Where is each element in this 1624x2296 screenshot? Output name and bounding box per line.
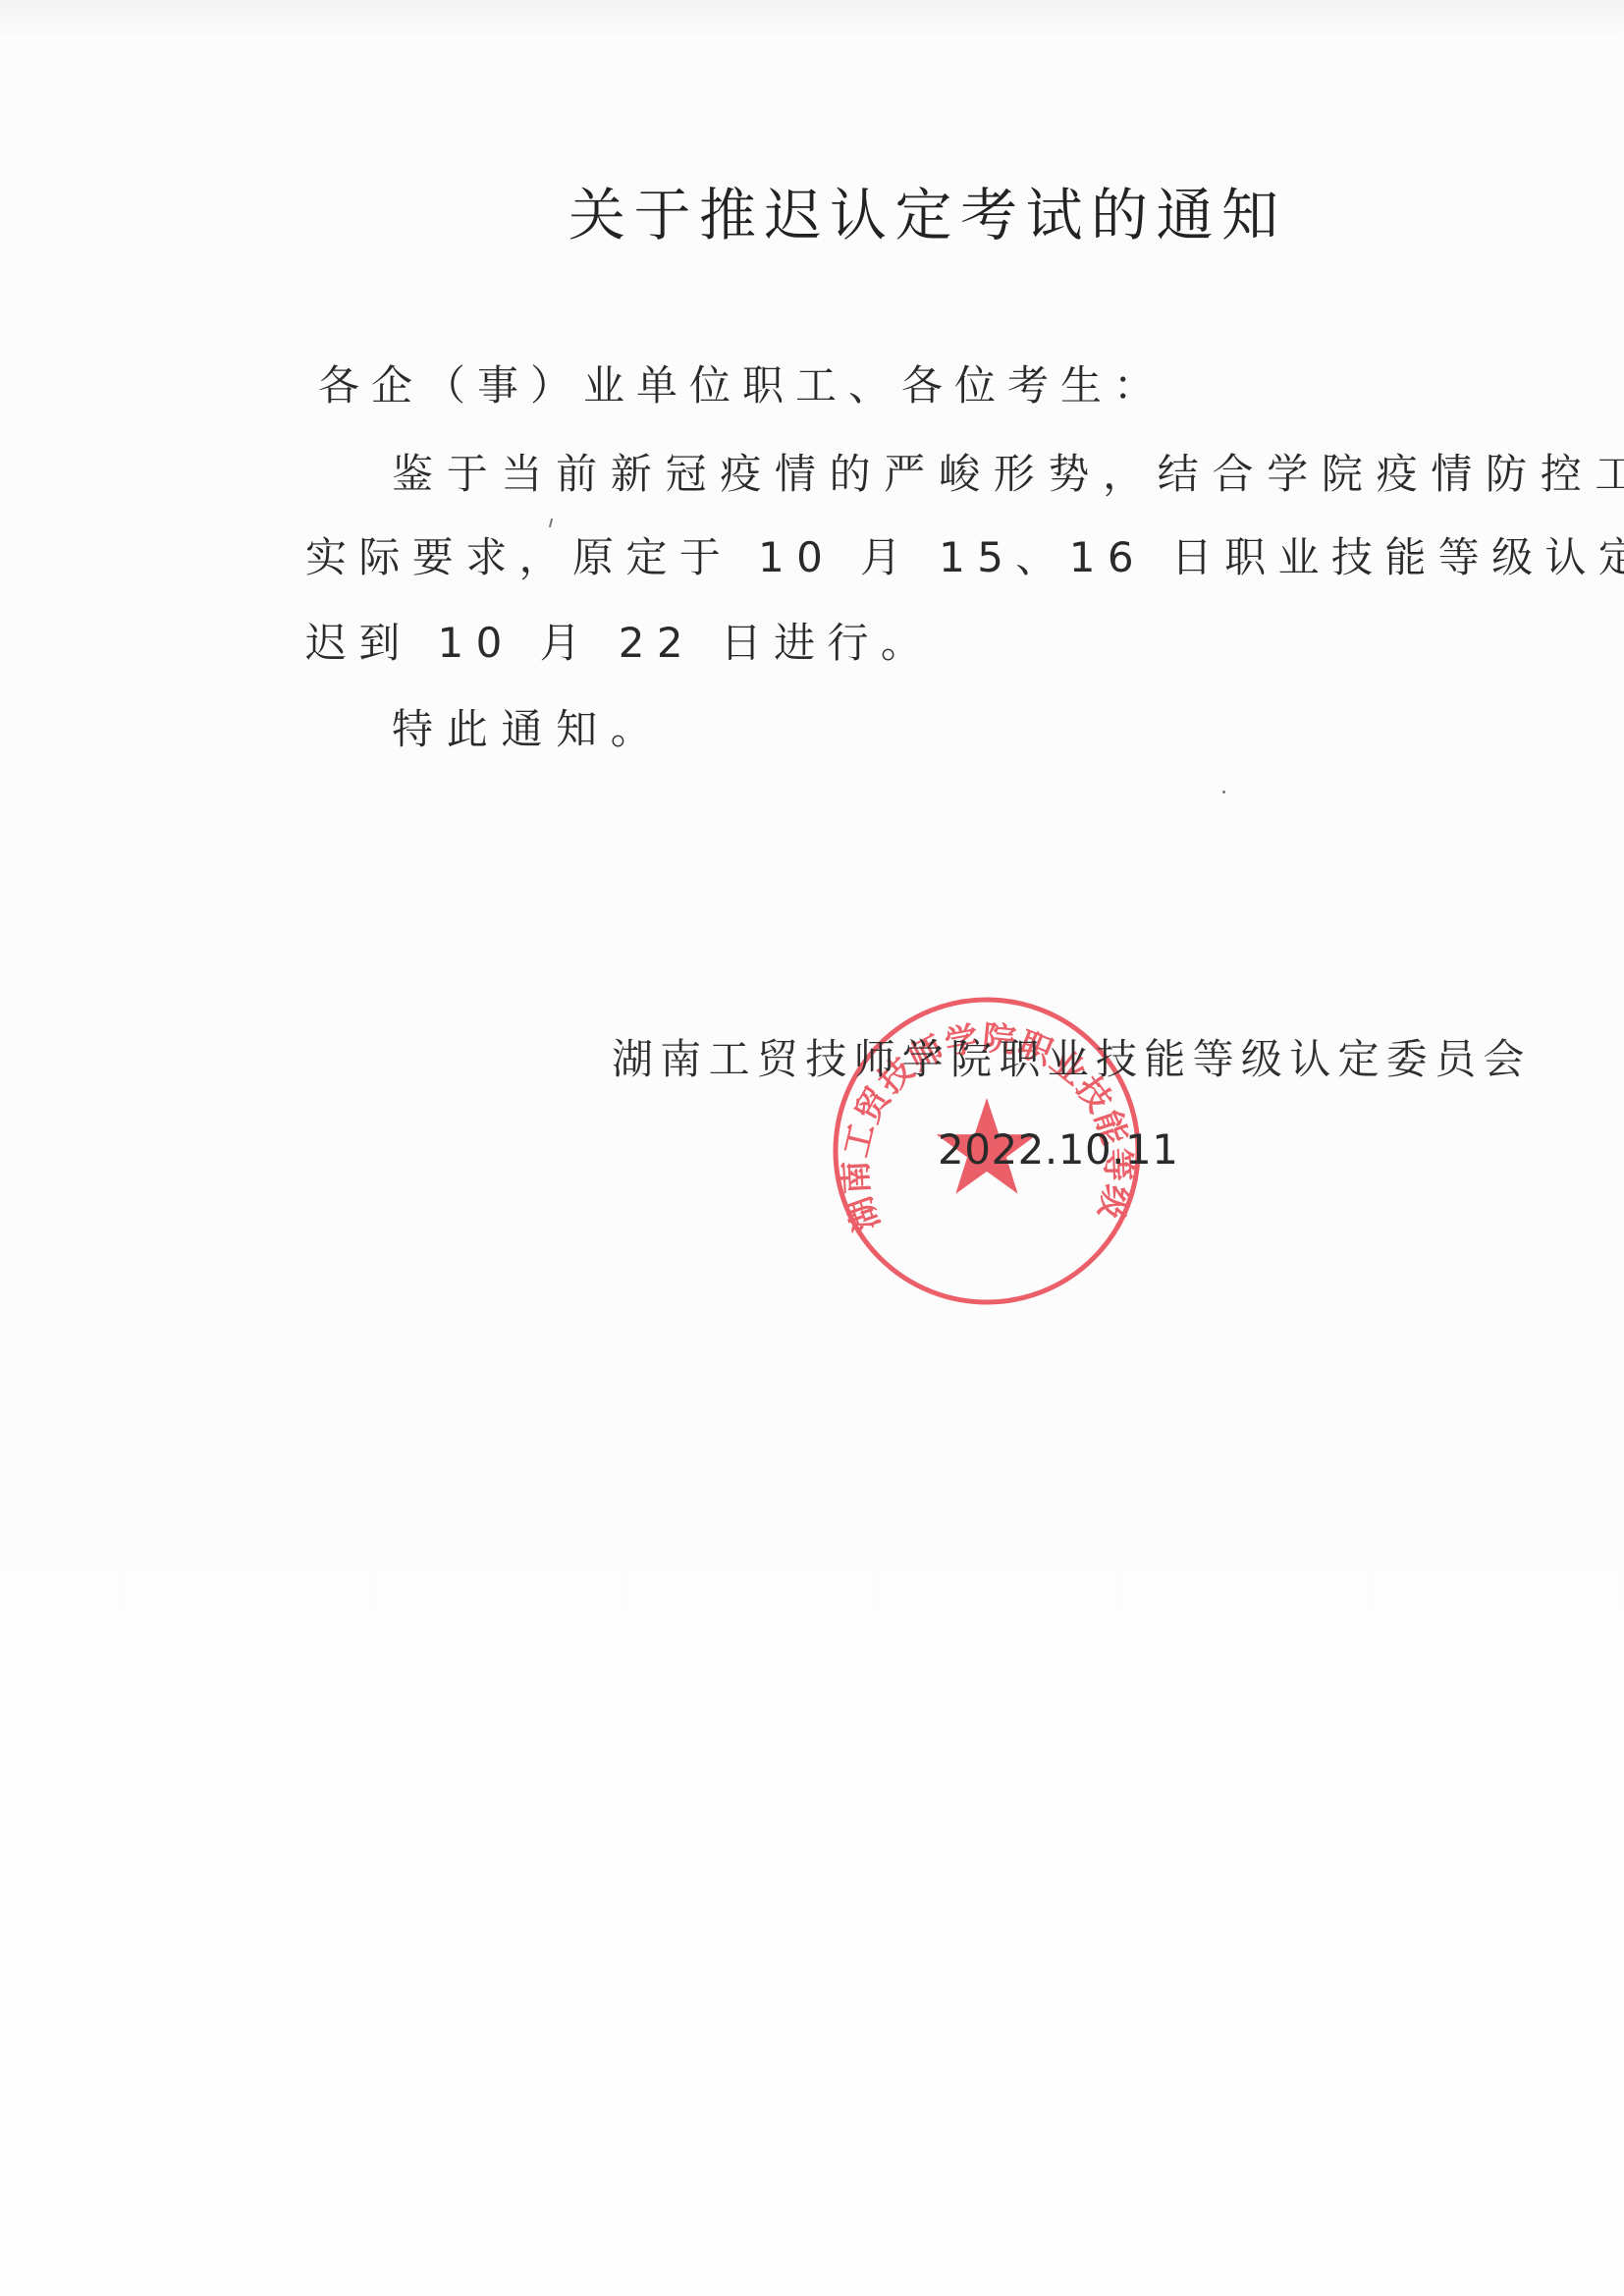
scan-speck: [549, 519, 553, 527]
document-page: 关于推迟认定考试的通知 各企（事）业单位职工、各位考生： 鉴于当前新冠疫情的严峻…: [0, 0, 1624, 2296]
issuer-signature: 湖南工贸技师学院职业技能等级认定委员会: [612, 1039, 1532, 1080]
document-title: 关于推迟认定考试的通知: [568, 187, 1287, 244]
closing-remark: 特此通知。: [392, 709, 666, 750]
body-line-1: 鉴于当前新冠疫情的严峻形势，结合学院疫情防控工作: [392, 454, 1624, 495]
body-line-3: 迟到 10 月 22 日进行。: [305, 623, 934, 664]
scan-speck: [1222, 791, 1225, 793]
salutation: 各企（事）业单位职工、各位考生：: [318, 365, 1166, 407]
body-line-2: 实际要求，原定于 10 月 15、16 日职业技能等级认定考试推: [305, 537, 1624, 578]
issue-date: 2022.10.11: [938, 1129, 1178, 1171]
